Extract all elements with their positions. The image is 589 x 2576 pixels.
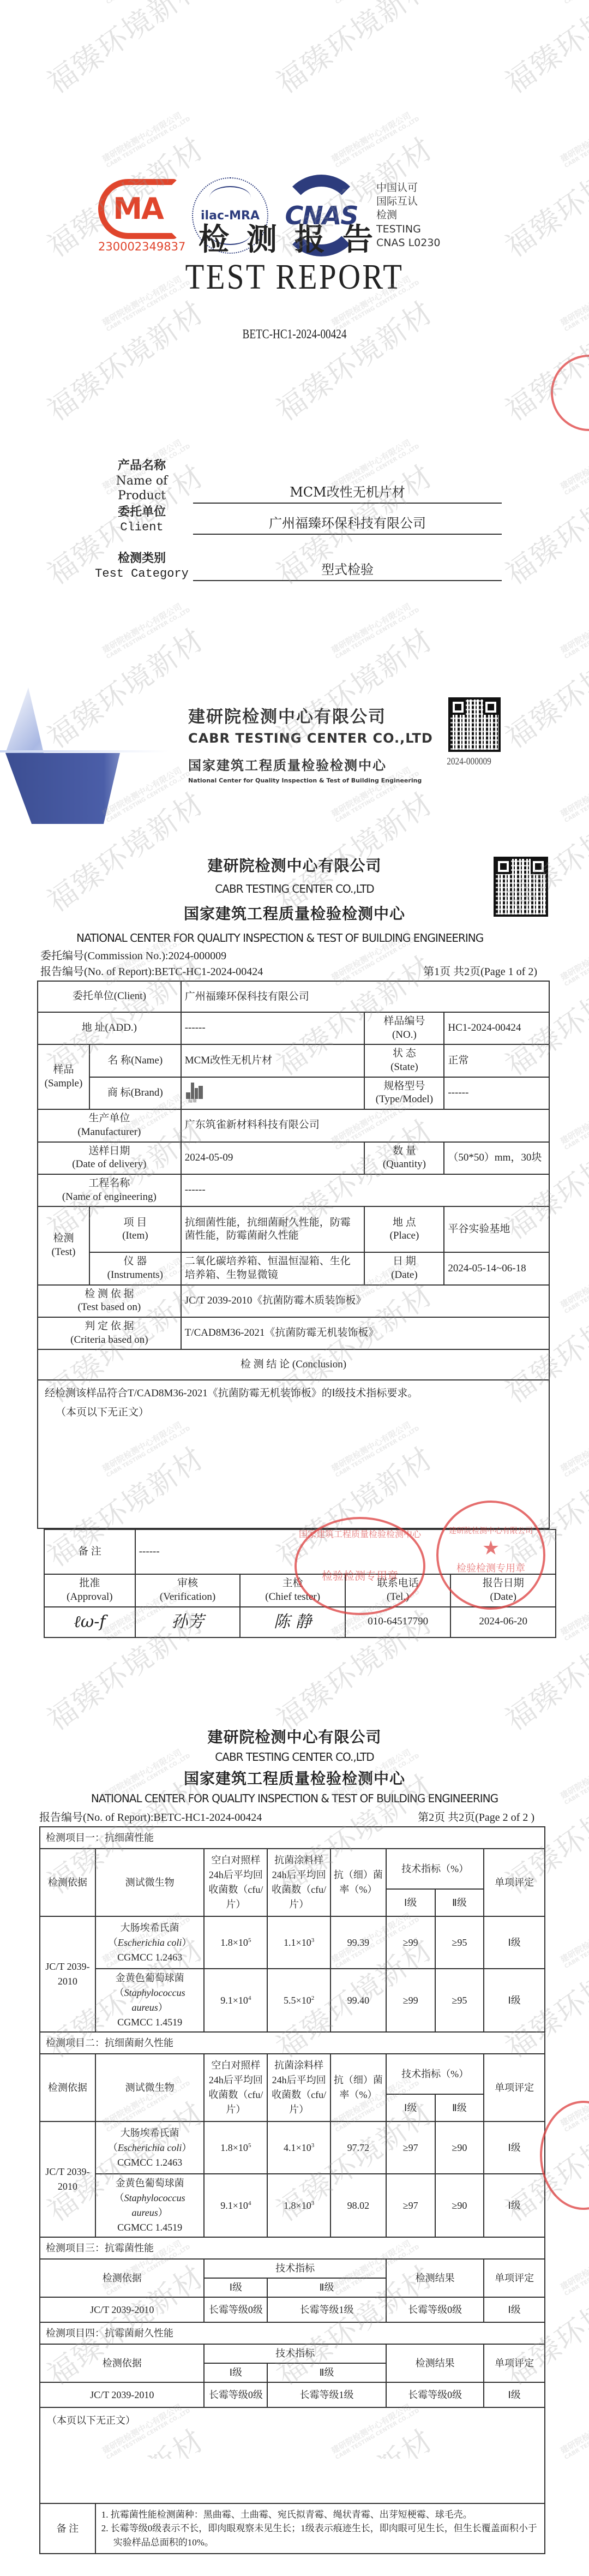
section-title: 检测项目三：抗霉菌性能 (40, 2237, 545, 2259)
test-date-value: 2024-05-14~06-18 (444, 1252, 549, 1284)
approval-signature: ℓω-f (44, 1607, 135, 1637)
coated-count-cell: 1.1×103 (267, 1916, 330, 1969)
conclusion-body: 经检测该样品符合T/CAD8M36-2021《抗菌防霉无机装饰板》的Ⅰ级技术指标… (38, 1380, 549, 1528)
cabr-banner: 建研院检测中心有限公司 CABR TESTING CENTER CO.,LTD … (0, 644, 589, 835)
col-header: Ⅱ级 (435, 1889, 484, 1916)
cover-report-number: BETC-HC1-2024-00424 (59, 327, 530, 342)
end-note: （本页以下无正文） (40, 2407, 545, 2503)
col-header: Ⅰ级 (386, 1889, 435, 1916)
banner-center-cn: 国家建筑工程质量检验检测中心 (188, 755, 433, 774)
page-indicator: 第2页 共2页(Page 2 of 2 ) (418, 1808, 534, 1824)
blank-count-cell: 9.1×104 (204, 2174, 267, 2237)
grade2-cell: ≥95 (435, 1969, 484, 2032)
sample-info-table: 委托单位(Client) 广州福臻环保科技有限公司 地 址(ADD.) ----… (37, 981, 550, 1529)
instruments-value: 二氧化碳培养箱、恒温恒湿箱、生化培养箱、生物显微镜 (181, 1252, 365, 1284)
verdict-cell: Ⅰ级 (484, 1916, 545, 1969)
coated-count-cell: 5.5×102 (267, 1969, 330, 2032)
blank-count-cell: 1.8×105 (204, 1916, 267, 1969)
state-value: 正常 (444, 1044, 549, 1077)
grade2-cell: 长霉等级1级 (267, 2382, 386, 2407)
remarks-value: ------ (135, 1529, 556, 1574)
criteria-value: T/CAD8M36-2021《抗菌防霉无机装饰板》 (181, 1317, 549, 1349)
commission-number: 委托编号(Commission No.):2024-000009 (40, 947, 226, 963)
microbe-cell: 大肠埃希氏菌 （Escherichia coli） CGMCC 1.2463 (95, 1916, 205, 1969)
banner-company-en: CABR TESTING CENTER CO.,LTD (188, 731, 433, 746)
blank-count-cell: 1.8×105 (204, 2121, 267, 2174)
results-table: 检测项目一：抗细菌性能 检测依据 测试微生物 空白对照样24h后平均回收菌数（c… (39, 1826, 545, 2554)
client-value: 广州福臻环保科技有限公司 (181, 981, 549, 1012)
rate-cell: 99.39 (330, 1916, 386, 1969)
product-name-value: MCM改性无机片材 (193, 481, 502, 504)
cover-field-client: 委托单位Client 广州福臻环保科技有限公司 (93, 505, 502, 535)
page-2-header: 建研院检测中心有限公司 CABR TESTING CENTER CO.,LTD … (0, 1675, 589, 1805)
basis-cell: JC/T 2039-2010 (40, 2382, 204, 2407)
qr-label: 2024-000009 (447, 756, 491, 767)
delivery-date-value: 2024-05-09 (181, 1142, 365, 1174)
col-header: 检测结果 (386, 2344, 484, 2382)
col-header: 检测依据 (40, 1849, 95, 1916)
test-place-value: 平谷实验基地 (444, 1206, 549, 1252)
microbe-cell: 金黄色葡萄球菌 （Staphylococcus aureus） CGMCC 1.… (95, 1969, 205, 2032)
test-basis-value: JC/T 2039-2010《抗菌防霉木质装饰板》 (181, 1285, 549, 1317)
col-header: 检测依据 (40, 2259, 204, 2297)
signature-table: 备 注 ------ 批准(Approval) 审核(Verification)… (44, 1529, 556, 1637)
verdict-cell: Ⅰ级 (484, 2174, 545, 2237)
col-header: 技术指标 (204, 2259, 386, 2278)
verdict-cell: Ⅰ级 (484, 2121, 545, 2174)
table-row: JC/T 2039-2010 大肠埃希氏菌 （Escherichia coli）… (40, 1916, 545, 1969)
conclusion-heading: 检 测 结 论 (Conclusion) (38, 1349, 549, 1380)
cover-seal (551, 355, 589, 431)
manufacturer-value: 广东筑雀新材料科技有限公司 (181, 1109, 549, 1141)
address-value: ------ (181, 1012, 365, 1044)
report-page-2: 建研院检测中心有限公司 CABR TESTING CENTER CO.,LTD … (0, 1675, 589, 2576)
client-value: 广州福臻环保科技有限公司 (193, 512, 502, 535)
result-cell: 长霉等级0级 (386, 2382, 484, 2407)
col-header: Ⅱ级 (267, 2278, 386, 2297)
table-row: 金黄色葡萄球菌 （Staphylococcus aureus） CGMCC 1.… (40, 1969, 545, 2032)
col-header: 技术指标 (204, 2344, 386, 2363)
verification-signature: 孙芳 (135, 1607, 241, 1637)
basis-cell: JC/T 2039-2010 (40, 2121, 95, 2237)
cover-title-en: TEST REPORT (41, 256, 548, 298)
col-header: 技术指标（%） (386, 1849, 484, 1889)
grade1-cell: 长霉等级0级 (204, 2297, 267, 2322)
edge-seal (540, 2101, 589, 2210)
grade2-cell: ≥90 (435, 2174, 484, 2237)
report-number: 报告编号(No. of Report):BETC-HC1-2024-00424 (40, 963, 263, 978)
report-date-value: 2024-06-20 (450, 1607, 556, 1637)
cover-field-category: 检测类别Test Category 型式检验 (93, 551, 502, 581)
table-row: JC/T 2039-2010 大肠埃希氏菌 （Escherichia coli）… (40, 2121, 545, 2174)
brand-value: 福臻 (181, 1077, 365, 1109)
col-header: Ⅱ级 (435, 2094, 484, 2121)
result-cell: 长霉等级0级 (386, 2297, 484, 2322)
remark-item: 1. 抗霉菌性能检测菌种：黑曲霉、土曲霉、宛氏拟青霉、绳状青霉、出芽短梗霉、球毛… (101, 2508, 539, 2522)
col-header: Ⅰ级 (386, 2094, 435, 2121)
grade1-cell: ≥99 (386, 1969, 435, 2032)
brand-logo-icon: 福臻 (185, 1080, 206, 1102)
grade1-cell: ≥97 (386, 2121, 435, 2174)
qr-code-icon (494, 857, 548, 917)
col-header: 测试微生物 (95, 2054, 205, 2121)
coated-count-cell: 1.8×103 (267, 2174, 330, 2237)
col-header: 抗菌涂料样24h后平均回收菌数（cfu/片） (267, 1849, 330, 1916)
col-header: 检测依据 (40, 2344, 204, 2382)
report-page-1: 建研院检测中心有限公司 CABR TESTING CENTER CO.,LTD … (0, 840, 589, 1675)
col-header: Ⅰ级 (204, 2278, 267, 2297)
verdict-cell: Ⅰ级 (484, 2297, 545, 2322)
test-category-value: 型式检验 (193, 559, 502, 581)
basis-cell: JC/T 2039-2010 (40, 2297, 204, 2322)
col-header: 抗（细）菌率（%） (330, 2054, 386, 2121)
verdict-cell: Ⅰ级 (484, 2382, 545, 2407)
banner-center-en: National Center for Quality Inspection &… (188, 777, 433, 784)
chief-tester-signature: 陈 静 (240, 1607, 345, 1637)
col-header: 测试微生物 (95, 1849, 205, 1916)
section-title: 检测项目二：抗细菌耐久性能 (40, 2032, 545, 2054)
col-header: 单项评定 (484, 2344, 545, 2382)
cover-field-product: 产品名称Name of Product MCM改性无机片材 (93, 458, 502, 504)
sample-number-value: HC1-2024-00424 (444, 1012, 549, 1044)
col-header: 空白对照样24h后平均回收菌数（cfu/片） (204, 1849, 267, 1916)
remarks-list: 1. 抗霉菌性能检测菌种：黑曲霉、土曲霉、宛氏拟青霉、绳状青霉、出芽短梗霉、球毛… (95, 2503, 545, 2554)
model-value: ------ (444, 1077, 549, 1109)
col-header: 技术指标（%） (386, 2054, 484, 2094)
sample-name-value: MCM改性无机片材 (181, 1044, 365, 1077)
coated-count-cell: 4.1×103 (267, 2121, 330, 2174)
engineering-value: ------ (181, 1174, 549, 1206)
verdict-cell: Ⅰ级 (484, 1969, 545, 2032)
col-header: 单项评定 (484, 1849, 545, 1916)
remarks-label: 备 注 (40, 2503, 95, 2554)
rate-cell: 99.40 (330, 1969, 386, 2032)
triangle-graphic (5, 753, 169, 824)
col-header: 空白对照样24h后平均回收菌数（cfu/片） (204, 2054, 267, 2121)
col-header: 抗菌涂料样24h后平均回收菌数（cfu/片） (267, 2054, 330, 2121)
page-1-header: 建研院检测中心有限公司 CABR TESTING CENTER CO.,LTD … (0, 840, 589, 945)
col-header: 检测结果 (386, 2259, 484, 2297)
grade1-cell: ≥99 (386, 1916, 435, 1969)
table-row: JC/T 2039-2010 长霉等级0级 长霉等级1级 长霉等级0级 Ⅰ级 (40, 2382, 545, 2407)
col-header: 单项评定 (484, 2054, 545, 2121)
banner-company-cn: 建研院检测中心有限公司 (188, 703, 433, 727)
col-header: 抗（细）菌率（%） (330, 1849, 386, 1916)
col-header: Ⅰ级 (204, 2363, 267, 2382)
tel-value: 010-64517790 (345, 1607, 451, 1637)
col-header: 单项评定 (484, 2259, 545, 2297)
quantity-value: （50*50）mm，30块 (444, 1142, 549, 1174)
rate-cell: 97.72 (330, 2121, 386, 2174)
col-header: 检测依据 (40, 2054, 95, 2121)
grade2-cell: ≥95 (435, 1916, 484, 1969)
page-indicator: 第1页 共2页(Page 1 of 2) (423, 963, 537, 978)
rate-cell: 98.02 (330, 2174, 386, 2237)
table-row: JC/T 2039-2010 长霉等级0级 长霉等级1级 长霉等级0级 Ⅰ级 (40, 2297, 545, 2322)
conclusion-text: 经检测该样品符合T/CAD8M36-2021《抗菌防霉无机装饰板》的Ⅰ级技术指标… (45, 1387, 542, 1401)
section-title: 检测项目一：抗细菌性能 (40, 1827, 545, 1849)
col-header: Ⅱ级 (267, 2363, 386, 2382)
remark-item: 2. 长霉等级0级表示不长，即肉眼观察未见生长；1级表示痕迹生长，即肉眼可见生长… (101, 2521, 539, 2549)
grade2-cell: 长霉等级1级 (267, 2297, 386, 2322)
conclusion-note: （本页以下无正文） (45, 1406, 542, 1420)
test-item-value: 抗细菌性能，抗细菌耐久性能，防霉菌性能，防霉菌耐久性能 (181, 1206, 365, 1252)
basis-cell: JC/T 2039-2010 (40, 1916, 95, 2032)
blank-count-cell: 9.1×104 (204, 1969, 267, 2032)
cover-page: MA 230002349837 ilac-MRA CNAS 中国认可 国际互认 … (0, 0, 589, 840)
microbe-cell: 大肠埃希氏菌 （Escherichia coli） CGMCC 1.2463 (95, 2121, 205, 2174)
microbe-cell: 金黄色葡萄球菌 （Staphylococcus aureus） CGMCC 1.… (95, 2174, 205, 2237)
table-row: 金黄色葡萄球菌 （Staphylococcus aureus） CGMCC 1.… (40, 2174, 545, 2237)
grade1-cell: 长霉等级0级 (204, 2382, 267, 2407)
section-title: 检测项目四：抗霉菌耐久性能 (40, 2322, 545, 2344)
triangle-graphic (5, 688, 82, 753)
grade2-cell: ≥90 (435, 2121, 484, 2174)
qr-code-icon (448, 697, 501, 752)
grade1-cell: ≥97 (386, 2174, 435, 2237)
report-number: 报告编号(No. of Report):BETC-HC1-2024-00424 (39, 1808, 262, 1824)
